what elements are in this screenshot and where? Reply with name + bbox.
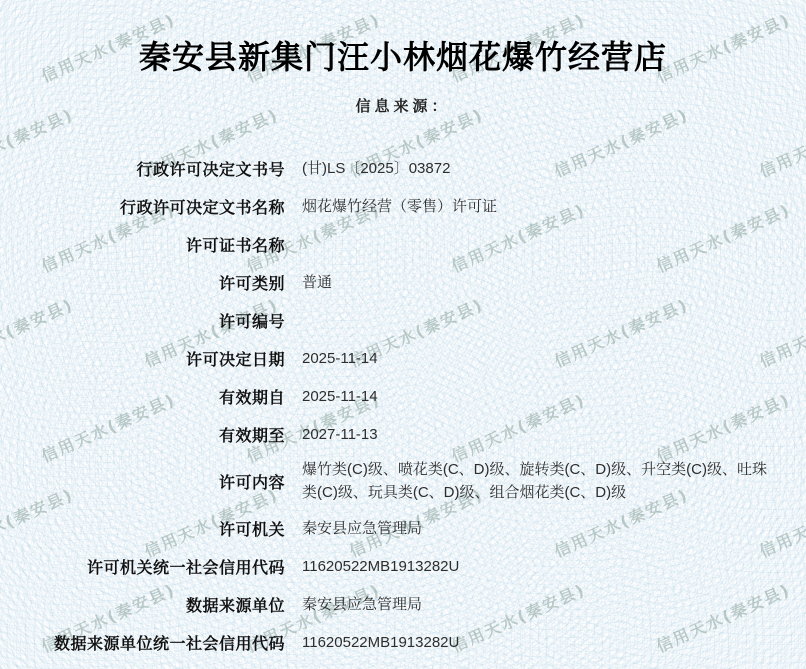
- field-label: 有效期自: [0, 385, 285, 408]
- field-value: 2027-11-13: [302, 423, 775, 446]
- field-label: 许可机关统一社会信用代码: [0, 555, 285, 578]
- field-value: 普通: [302, 271, 775, 294]
- field-value: 2025-11-14: [302, 385, 775, 408]
- field-row: 许可机关 秦安县应急管理局: [0, 509, 806, 547]
- license-fields: 行政许可决定文书号 (甘)LS〔2025〕03872 行政许可决定文书名称 烟花…: [0, 149, 806, 661]
- field-value: 秦安县应急管理局: [302, 593, 775, 616]
- field-row: 许可证书名称: [0, 225, 806, 263]
- field-row: 行政许可决定文书名称 烟花爆竹经营（零售）许可证: [0, 187, 806, 225]
- field-value: 爆竹类(C)级、喷花类(C、D)级、旋转类(C、D)级、升空类(C)级、吐珠类(…: [302, 458, 775, 504]
- page-title: 秦安县新集门汪小林烟花爆竹经营店: [0, 32, 806, 78]
- field-row: 许可决定日期 2025-11-14: [0, 339, 806, 377]
- field-row: 数据来源单位统一社会信用代码 11620522MB1913282U: [0, 623, 806, 661]
- field-label: 许可证书名称: [0, 233, 285, 256]
- field-value: 11620522MB1913282U: [302, 555, 775, 578]
- info-source-label: 信息来源：: [0, 95, 806, 116]
- field-row: 许可编号: [0, 301, 806, 339]
- field-value: (甘)LS〔2025〕03872: [302, 157, 775, 180]
- field-row: 有效期自 2025-11-14: [0, 377, 806, 415]
- field-row: 许可类别 普通: [0, 263, 806, 301]
- field-value: 2025-11-14: [302, 347, 775, 370]
- field-label: 数据来源单位: [0, 593, 285, 616]
- field-label: 许可内容: [0, 470, 285, 493]
- field-row: 有效期至 2027-11-13: [0, 415, 806, 453]
- field-label: 许可编号: [0, 309, 285, 332]
- field-value: 秦安县应急管理局: [302, 517, 775, 540]
- field-row: 许可内容 爆竹类(C)级、喷花类(C、D)级、旋转类(C、D)级、升空类(C)级…: [0, 453, 806, 509]
- field-row: 数据来源单位 秦安县应急管理局: [0, 585, 806, 623]
- field-row: 行政许可决定文书号 (甘)LS〔2025〕03872: [0, 149, 806, 187]
- field-row: 许可机关统一社会信用代码 11620522MB1913282U: [0, 547, 806, 585]
- field-value: 烟花爆竹经营（零售）许可证: [302, 195, 775, 218]
- field-label: 许可决定日期: [0, 347, 285, 370]
- field-label: 许可机关: [0, 517, 285, 540]
- license-content: 秦安县新集门汪小林烟花爆竹经营店 信息来源： 行政许可决定文书号 (甘)LS〔2…: [0, 0, 806, 669]
- field-label: 数据来源单位统一社会信用代码: [0, 631, 285, 654]
- field-label: 有效期至: [0, 423, 285, 446]
- field-label: 行政许可决定文书名称: [0, 195, 285, 218]
- field-value: 11620522MB1913282U: [302, 631, 775, 654]
- field-label: 行政许可决定文书号: [0, 157, 285, 180]
- license-detail-page: 信用天水(秦安县)信用天水(秦安县)信用天水(秦安县)信用天水(秦安县)信用天水…: [0, 0, 806, 669]
- field-label: 许可类别: [0, 271, 285, 294]
